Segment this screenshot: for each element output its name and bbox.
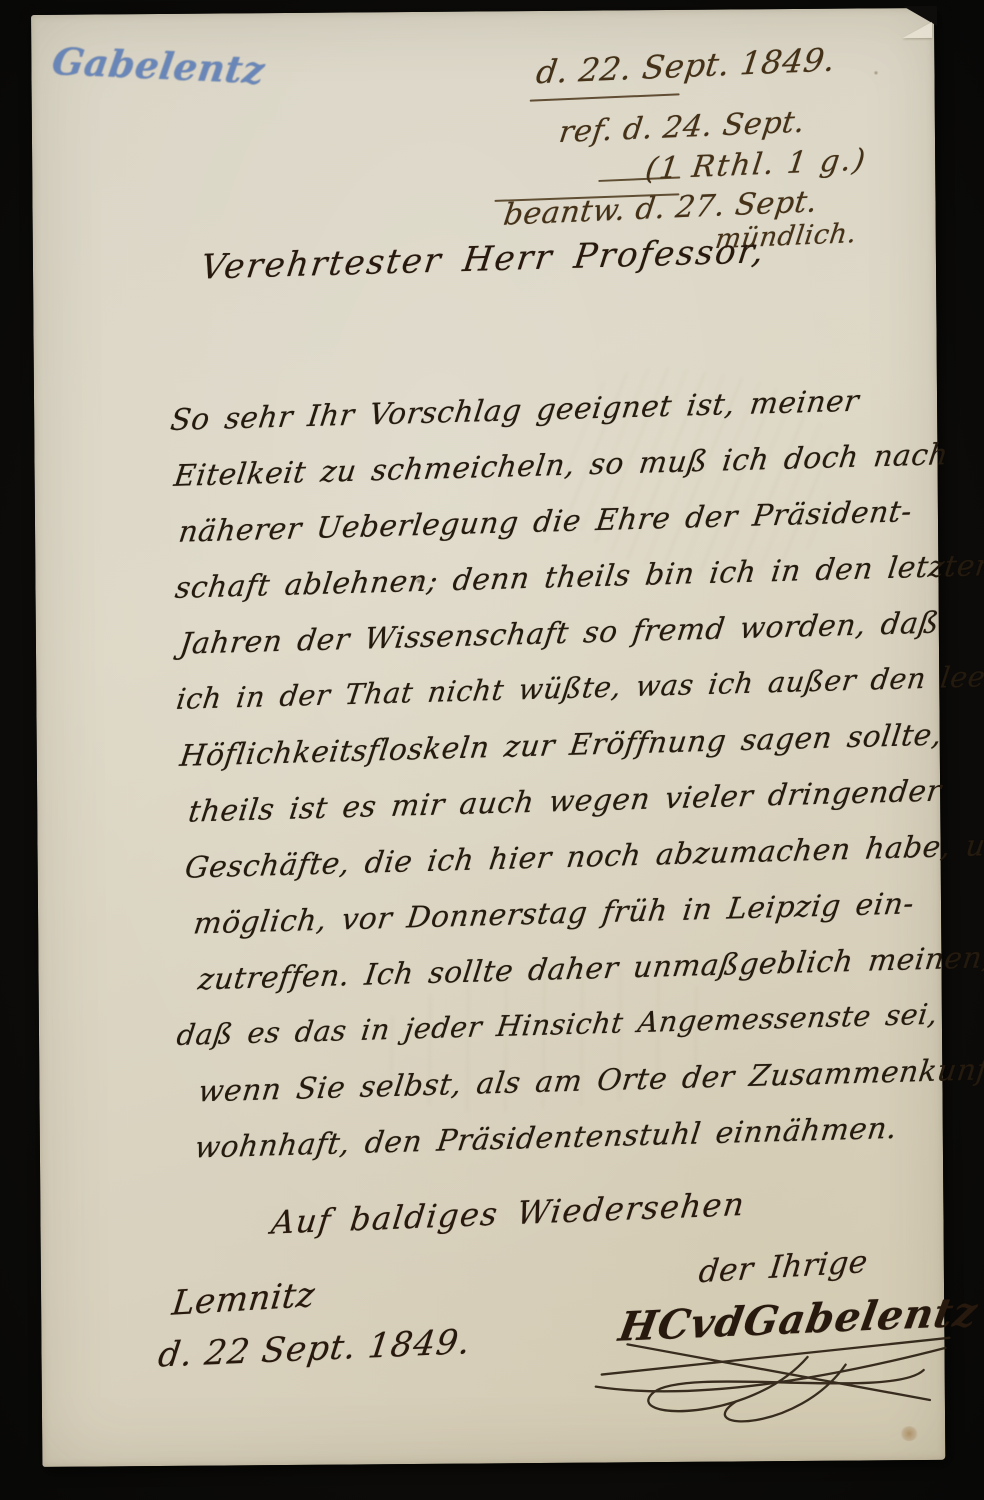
- date-line: d. 22 Sept. 1849.: [156, 1322, 473, 1376]
- paper-speck: [873, 70, 878, 75]
- signature-flourish: [593, 1306, 966, 1427]
- salutation: Verehrtester Herr Professor,: [198, 231, 767, 287]
- closing-line: Auf baldiges Wiedersehen: [269, 1185, 747, 1242]
- letter-page: Gabelentz d. 22. Sept. 1849. ref. d. 24.…: [31, 8, 945, 1467]
- foxing-stain: [900, 1426, 918, 1441]
- registry-fee-note: (1 Rthl. 1 g.): [643, 143, 869, 187]
- registry-underline: [530, 93, 680, 101]
- archivist-name-annotation: Gabelentz: [49, 39, 267, 92]
- place-line: Lemnitz: [170, 1275, 317, 1324]
- corner-fold-flap: [902, 22, 932, 38]
- registry-referred-note: ref. d. 24. Sept.: [557, 105, 807, 150]
- registry-letter-date-note: d. 22. Sept. 1849.: [534, 40, 838, 91]
- scan-background: Gabelentz d. 22. Sept. 1849. ref. d. 24.…: [0, 0, 984, 1500]
- letter-body: So sehr Ihr Vorschlag geeignet ist, mein…: [170, 370, 982, 1176]
- valediction: der Ihrige: [697, 1244, 870, 1290]
